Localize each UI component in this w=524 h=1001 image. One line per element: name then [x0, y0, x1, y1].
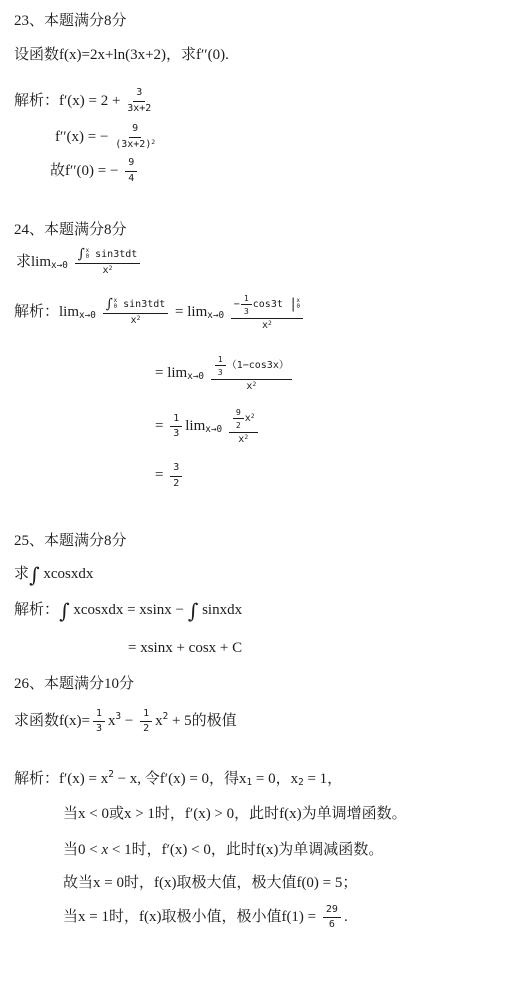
numerator: 9 [125, 157, 137, 172]
math-text: 9 [236, 407, 241, 417]
math-text: 故f′′(0) = − [50, 162, 122, 182]
math-text [96, 303, 100, 323]
fraction: 92x2x2 [229, 407, 258, 446]
fraction: 13 [93, 708, 105, 736]
problem-heading: 23、本题满分8分 [14, 12, 516, 31]
superscript: 2 [137, 315, 141, 323]
denominator: x2 [131, 314, 141, 328]
math-text: x [101, 841, 108, 861]
fraction: 9(3x+2)2 [115, 123, 155, 151]
math-text: = [155, 466, 167, 486]
math-text: 2 [143, 723, 149, 736]
math-text: 2 [236, 420, 241, 430]
math-text: < 1时，f′(x) < 0，此时f(x)为单调减函数。 [108, 841, 383, 861]
problem-statement: 求∫ xcosxdx [14, 565, 516, 585]
denominator: x2 [238, 433, 248, 447]
math-text: − [234, 299, 240, 312]
math-text: 当x = 1时，f(x)取极小值，极小值f(1) = [63, 908, 320, 928]
math-text: 3 [173, 462, 179, 475]
fraction: 33x+2 [127, 87, 151, 115]
numerator: −13cos3t |x0 [231, 293, 303, 319]
math-text: 当x < 0或x > 1时，f′(x) > 0，此时f(x)为单调增函数。 [63, 805, 407, 825]
superscript: 2 [151, 139, 155, 147]
integral-icon: ∫ [188, 601, 199, 621]
math-text: (3x+2) [115, 139, 151, 152]
math-text: 设函数f(x)=2x+ln(3x+2)，求f′′(0). [14, 46, 229, 66]
denominator: (3x+2)2 [115, 138, 155, 152]
fraction: −13cos3t |x0x2 [231, 293, 303, 332]
math-text: 6 [329, 919, 335, 932]
math-text: 3 [96, 723, 102, 736]
problem-heading: 24、本题满分8分 [14, 221, 516, 240]
problem-23: 23、本题满分8分设函数f(x)=2x+ln(3x+2)，求f′′(0).解析：… [14, 12, 516, 185]
superscript: 2 [244, 434, 248, 442]
solution-line: 当x < 0或x > 1时，f′(x) > 0，此时f(x)为单调增函数。 [63, 805, 516, 825]
fraction: 13 [170, 413, 182, 441]
superscript: 2 [109, 265, 113, 273]
superscript: 2 [251, 413, 255, 421]
problem-25: 25、本题满分8分求∫ xcosxdx解析：∫ xcosxdx = xsinx … [14, 532, 516, 659]
denominator: 4 [128, 172, 134, 186]
math-text: f′′(x) = − [55, 128, 112, 148]
math-text: 3 [136, 87, 142, 100]
denominator: 3 [173, 427, 179, 441]
math-text: 解析：f′(x) = x [14, 770, 108, 790]
solution-line: f′′(x) = − 9(3x+2)2 [55, 123, 516, 151]
math-text: sinxdx [198, 601, 242, 621]
integral-icon: ∫ [29, 565, 40, 585]
numerator: ∫x0 sin3tdt [75, 248, 141, 264]
math-text: 1 [143, 708, 149, 721]
math-text: cos3t [253, 299, 289, 312]
math-text: 3 [244, 306, 249, 316]
subscript: x→0 [205, 424, 222, 436]
numerator: 29 [323, 904, 341, 919]
math-text: （1−cos3x） [227, 360, 289, 373]
subscript: x→0 [187, 371, 204, 383]
math-text: 当0 < [63, 841, 101, 861]
numerator: 1 [241, 293, 252, 305]
numerator: 3 [170, 462, 182, 477]
math-text: 1 [244, 293, 249, 303]
math-text: = xsinx + cosx + C [128, 639, 242, 659]
math-text: = lim [171, 303, 207, 323]
math-text: 9 [132, 123, 138, 136]
math-text [222, 417, 226, 437]
math-text: 1 [218, 354, 223, 364]
math-text: sin3tdt [117, 299, 165, 312]
integral: ∫x0 [78, 248, 90, 262]
math-text: 2 [173, 478, 179, 491]
math-text: . [344, 908, 348, 928]
math-text: x [108, 712, 116, 732]
math-text: 3 [173, 428, 179, 441]
math-text: 9 [128, 157, 134, 170]
numerator: 92x2 [229, 407, 258, 433]
numerator: 1 [140, 708, 152, 723]
denominator: 3 [244, 305, 249, 316]
math-text: 3 [218, 367, 223, 377]
solution-line: 当x = 1时，f(x)取极小值，极小值f(1) = 296. [63, 904, 516, 932]
subscript: x→0 [79, 310, 96, 322]
math-text: = 1， [304, 770, 342, 790]
fraction: 92 [233, 407, 244, 431]
fraction: 32 [170, 462, 182, 490]
denominator: x2 [103, 264, 113, 278]
denominator: 3x+2 [127, 102, 151, 116]
math-text: 解析：lim [14, 303, 79, 323]
problem-heading: 26、本题满分10分 [14, 675, 516, 694]
solution-line: 故当x = 0时，f(x)取极大值，极大值f(0) = 5； [63, 874, 516, 894]
math-text: x [155, 712, 163, 732]
fraction: 94 [125, 157, 137, 185]
denominator: 3 [96, 722, 102, 736]
math-text: 4 [128, 173, 134, 186]
solution-line: = 32 [155, 462, 516, 490]
solution-line: 故f′′(0) = − 94 [50, 157, 516, 185]
math-text: sin3tdt [89, 249, 137, 262]
superscript: 3 [115, 711, 121, 723]
solution-line: 解析：limx→0 ∫x0 sin3tdtx2 = limx→0 −13cos3… [14, 293, 516, 332]
integral: ∫ [29, 565, 40, 585]
integral-icon: ∫ [106, 298, 113, 312]
fraction: ∫x0 sin3tdtx2 [75, 248, 141, 277]
math-text: = 0，x [252, 770, 298, 790]
integral: ∫ [188, 601, 199, 621]
math-text: − x, 令f′(x) = 0，得x [114, 770, 247, 790]
math-text: 解析： [14, 601, 59, 621]
problem-statement: 设函数f(x)=2x+ln(3x+2)，求f′′(0). [14, 46, 516, 66]
problem-statement: 求函数f(x)=13x3 − 12x2 + 5的极值 [14, 708, 516, 736]
evaluation-bar: |x0 [291, 298, 300, 312]
numerator: 1 [215, 354, 226, 366]
integral: ∫ [59, 601, 70, 621]
denominator: 2 [143, 722, 149, 736]
solution-line: 当0 < x < 1时，f′(x) < 0，此时f(x)为单调减函数。 [63, 841, 516, 861]
superscript: 2 [108, 769, 114, 781]
subscript: 2 [298, 777, 304, 789]
math-text: 3x+2 [127, 103, 151, 116]
solution-line: 解析：f′(x) = x2 − x, 令f′(x) = 0，得x1 = 0，x2… [14, 770, 516, 790]
integral-icon: ∫ [59, 601, 70, 621]
fraction: ∫x0 sin3tdtx2 [103, 298, 169, 327]
numerator: ∫x0 sin3tdt [103, 298, 169, 314]
solution-line: = 13limx→0 92x2x2 [155, 407, 516, 446]
math-text [224, 303, 228, 323]
denominator: 3 [218, 366, 223, 377]
math-text: xcosxdx [40, 565, 94, 585]
solution-line: = xsinx + cosx + C [128, 639, 516, 659]
fraction: 12 [140, 708, 152, 736]
problem-26: 26、本题满分10分求函数f(x)=13x3 − 12x2 + 5的极值解析：f… [14, 675, 516, 932]
solution-line: = limx→0 13（1−cos3x）x2 [155, 354, 516, 393]
superscript: 2 [163, 711, 169, 723]
numerator: 13（1−cos3x） [211, 354, 292, 380]
subscript: x→0 [51, 260, 68, 272]
math-text [204, 364, 208, 384]
math-text: 求lim [16, 253, 51, 273]
superscript: 2 [252, 381, 256, 389]
math-text: lim [185, 417, 205, 437]
numerator: 3 [133, 87, 145, 102]
math-text: − [121, 712, 137, 732]
denominator: 2 [236, 419, 241, 430]
fraction: 13 [241, 293, 252, 317]
denominator: x2 [262, 319, 272, 333]
fraction: 13 [215, 354, 226, 378]
document-body: 23、本题满分8分设函数f(x)=2x+ln(3x+2)，求f′′(0).解析：… [0, 0, 524, 952]
math-text [68, 253, 72, 273]
fraction: 296 [323, 904, 341, 932]
denominator: 2 [173, 477, 179, 491]
problem-heading: 25、本题满分8分 [14, 532, 516, 551]
numerator: 9 [129, 123, 141, 138]
numerator: 1 [170, 413, 182, 428]
math-text: 求函数f(x)= [14, 712, 90, 732]
math-text: + 5的极值 [168, 712, 236, 732]
problem-24: 24、本题满分8分求limx→0 ∫x0 sin3tdtx2解析：limx→0 … [14, 221, 516, 490]
integral: ∫x0 [106, 298, 118, 312]
denominator: x2 [246, 380, 256, 394]
solution-line: 解析：∫ xcosxdx = xsinx − ∫ sinxdx [14, 601, 516, 621]
bar-bounds: x0 [295, 298, 300, 312]
subscript: x→0 [207, 310, 224, 322]
math-text: xcosxdx = xsinx − [70, 601, 188, 621]
math-text: 29 [326, 904, 338, 917]
math-text: 1 [96, 708, 102, 721]
math-text: 故当x = 0时，f(x)取极大值，极大值f(0) = 5； [63, 874, 357, 894]
numerator: 9 [233, 407, 244, 419]
integral-icon: ∫ [78, 248, 85, 262]
denominator: 6 [329, 918, 335, 932]
solution-line: 解析：f′(x) = 2 + 33x+2 [14, 87, 516, 115]
math-text: = lim [155, 364, 187, 384]
problem-statement: 求limx→0 ∫x0 sin3tdtx2 [16, 248, 516, 277]
fraction: 13（1−cos3x）x2 [211, 354, 292, 393]
math-text: 1 [173, 413, 179, 426]
superscript: 2 [268, 320, 272, 328]
subscript: 1 [247, 777, 253, 789]
lower-bound: 0 [296, 305, 300, 311]
math-text: 求 [14, 565, 29, 585]
math-text: = [155, 417, 167, 437]
math-text: 解析：f′(x) = 2 + [14, 92, 124, 112]
numerator: 1 [93, 708, 105, 723]
